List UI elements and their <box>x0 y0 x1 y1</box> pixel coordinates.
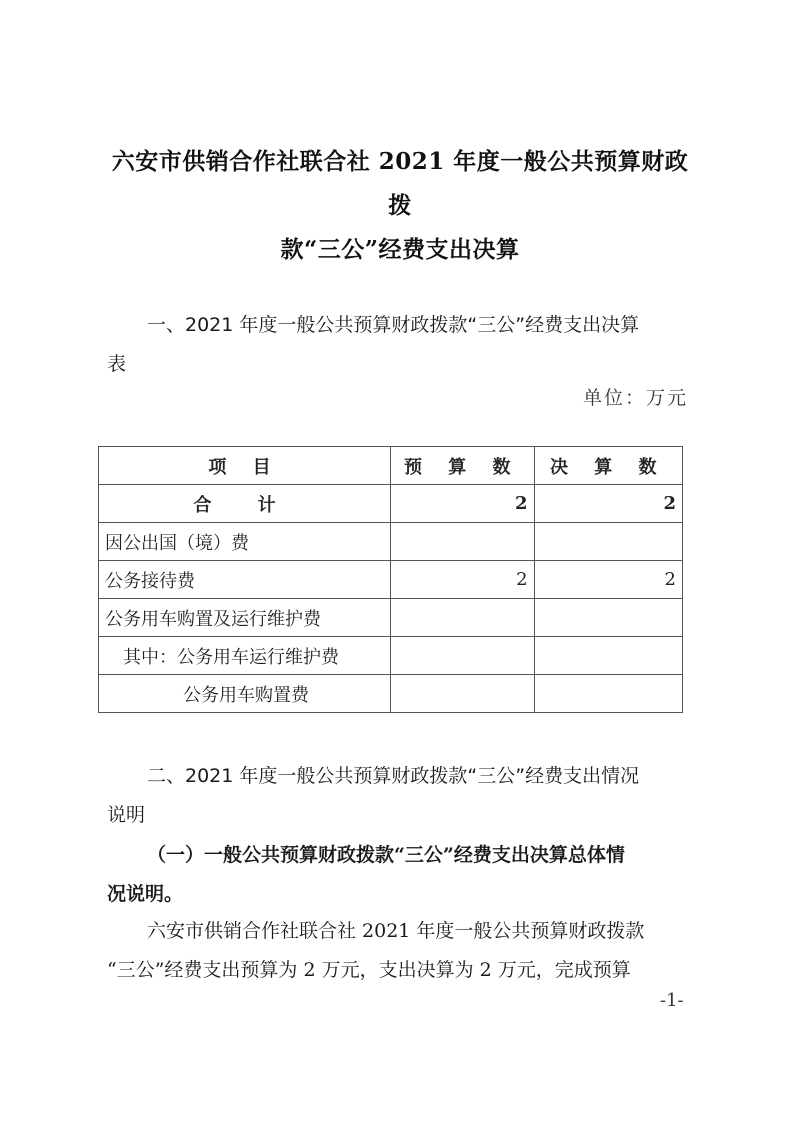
row-item: 公务用车购置及运行维护费 <box>99 599 391 637</box>
section2-heading-line-2: 说明 <box>107 796 687 835</box>
body-paragraph: 六安市供销合作社联合社 2021 年度一般公共预算财政拨款 <box>107 912 687 951</box>
row-final <box>534 637 682 675</box>
row-item: 合 计 <box>99 485 391 523</box>
section1-heading-cont: 表 <box>107 345 687 384</box>
table-row: 公务接待费 2 2 <box>99 561 683 599</box>
section2-heading: 二、2021 年度一般公共预算财政拨款“三公”经费支出情况 <box>107 757 687 796</box>
row-budget <box>391 637 534 675</box>
subsection1-heading-line-2: 况说明。 <box>107 875 687 914</box>
row-budget: 2 <box>391 485 534 523</box>
section1-heading: 一、2021 年度一般公共预算财政拨款“三公”经费支出决算 <box>107 306 687 345</box>
row-final <box>534 523 682 561</box>
section2-heading-cont: 说明 <box>107 796 687 835</box>
header-item: 项 目 <box>99 447 391 485</box>
header-final: 决 算 数 <box>534 447 682 485</box>
row-final: 2 <box>534 485 682 523</box>
table-header-row: 项 目 预 算 数 决 算 数 <box>99 447 683 485</box>
body-line-1: 六安市供销合作社联合社 2021 年度一般公共预算财政拨款 <box>107 912 687 951</box>
row-final <box>534 599 682 637</box>
row-budget: 2 <box>391 561 534 599</box>
row-item: 其中：公务用车运行维护费 <box>99 637 391 675</box>
table-row: 其中：公务用车运行维护费 <box>99 637 683 675</box>
body-paragraph-cont: “三公”经费支出预算为 2 万元，支出决算为 2 万元，完成预算 <box>107 951 687 990</box>
section1-heading-line-1: 一、2021 年度一般公共预算财政拨款“三公”经费支出决算 <box>107 306 687 345</box>
row-budget <box>391 599 534 637</box>
row-item: 公务接待费 <box>99 561 391 599</box>
subsection1-heading-cont: 况说明。 <box>107 875 687 914</box>
row-budget <box>391 675 534 713</box>
row-item: 公务用车购置费 <box>99 675 391 713</box>
row-final <box>534 675 682 713</box>
table-row: 因公出国（境）费 <box>99 523 683 561</box>
document-title: 六安市供销合作社联合社 2021 年度一般公共预算财政拨 款“三公”经费支出决算 <box>100 140 700 272</box>
title-line-2: 款“三公”经费支出决算 <box>100 228 700 272</box>
section2-heading-line-1: 二、2021 年度一般公共预算财政拨款“三公”经费支出情况 <box>107 757 687 796</box>
unit-label: 单位：万元 <box>583 383 688 410</box>
document-page: 六安市供销合作社联合社 2021 年度一般公共预算财政拨 款“三公”经费支出决算… <box>0 0 793 1122</box>
section1-heading-line-2: 表 <box>107 345 687 384</box>
row-item: 因公出国（境）费 <box>99 523 391 561</box>
subsection1-heading: （一）一般公共预算财政拨款“三公”经费支出决算总体情 <box>107 836 687 875</box>
page-number: -1- <box>660 990 684 1011</box>
body-line-2: “三公”经费支出预算为 2 万元，支出决算为 2 万元，完成预算 <box>107 951 687 990</box>
table-row-total: 合 计 2 2 <box>99 485 683 523</box>
subsection1-heading-line-1: （一）一般公共预算财政拨款“三公”经费支出决算总体情 <box>107 836 687 875</box>
table-row: 公务用车购置及运行维护费 <box>99 599 683 637</box>
title-line-1: 六安市供销合作社联合社 2021 年度一般公共预算财政拨 <box>100 140 700 228</box>
table-row: 公务用车购置费 <box>99 675 683 713</box>
row-final: 2 <box>534 561 682 599</box>
header-budget: 预 算 数 <box>391 447 534 485</box>
row-budget <box>391 523 534 561</box>
three-public-expenses-table: 项 目 预 算 数 决 算 数 合 计 2 2 因公出国（境）费 公务接待费 2… <box>98 446 683 713</box>
